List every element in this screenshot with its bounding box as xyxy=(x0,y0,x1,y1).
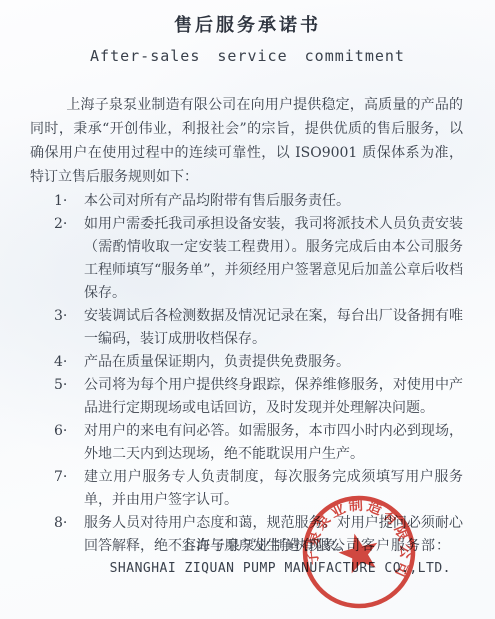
document-body: 上海子泉泵业制造有限公司在向用户提供稳定，高质量的产品的同时，秉承“开创伟业，利… xyxy=(30,93,463,558)
list-item-text: 建立用户服务专人负责制度，每次服务完成须填写用户服务单，并由用户签字认可。 xyxy=(84,466,463,512)
list-item-number: 3· xyxy=(54,305,84,351)
list-item: 3· 安装调试后各检测数据及情况记录在案，每台出厂设备拥有唯一编码，装订成册收档… xyxy=(30,305,463,351)
list-item-text: 如用户需委托我司承担设备安装，我司将派技术人员负责安装（需酌情收取一定安装工程费… xyxy=(84,213,463,305)
list-item-number: 7· xyxy=(54,466,84,512)
list-item-text: 产品在质量保证期内，负责提供免费服务。 xyxy=(84,351,463,374)
signature-block: 上海子泉泵业制造有限公司客户服务部： SHANGHAI ZIQUAN PUMP … xyxy=(110,535,451,576)
list-item-text: 对用户的来电有问必答。如需服务，本市四小时内必到现场，外地二天内到达现场，绝不能… xyxy=(84,420,463,466)
intro-paragraph: 上海子泉泵业制造有限公司在向用户提供稳定，高质量的产品的同时，秉承“开创伟业，利… xyxy=(30,93,463,189)
list-item: 1· 本公司对所有产品均附带有售后服务责任。 xyxy=(30,190,463,213)
list-item: 6· 对用户的来电有问必答。如需服务，本市四小时内必到现场，外地二天内到达现场，… xyxy=(30,420,463,466)
document-page: 售后服务承诺书 After-sales service commitment 上… xyxy=(0,0,495,619)
list-item-number: 2· xyxy=(54,213,84,305)
list-item-number: 6· xyxy=(54,420,84,466)
list-item-number: 1· xyxy=(54,190,84,213)
signature-company-en: SHANGHAI ZIQUAN PUMP MANUFACTURE CO.,LTD… xyxy=(110,561,451,576)
list-item-number: 8· xyxy=(54,512,84,558)
list-item: 4· 产品在质量保证期内，负责提供免费服务。 xyxy=(30,351,463,374)
service-rules-list: 1· 本公司对所有产品均附带有售后服务责任。 2· 如用户需委托我司承担设备安装… xyxy=(30,190,463,558)
document-subtitle-en: After-sales service commitment xyxy=(0,47,495,65)
list-item: 5· 公司将为每个用户提供终身跟踪，保养维修服务，对使用中产品进行定期现场或电话… xyxy=(30,374,463,420)
signature-company-cn: 上海子泉泵业制造有限公司客户服务部： xyxy=(110,535,451,555)
document-title: 售后服务承诺书 xyxy=(0,11,495,37)
list-item: 7· 建立用户服务专人负责制度，每次服务完成须填写用户服务单，并由用户签字认可。 xyxy=(30,466,463,512)
list-item-text: 公司将为每个用户提供终身跟踪，保养维修服务，对使用中产品进行定期现场或电话回访，… xyxy=(84,374,463,420)
list-item-text: 本公司对所有产品均附带有售后服务责任。 xyxy=(84,190,463,213)
list-item-number: 5· xyxy=(54,374,84,420)
list-item-text: 安装调试后各检测数据及情况记录在案，每台出厂设备拥有唯一编码，装订成册收档保存。 xyxy=(84,305,463,351)
list-item-number: 4· xyxy=(54,351,84,374)
list-item: 2· 如用户需委托我司承担设备安装，我司将派技术人员负责安装（需酌情收取一定安装… xyxy=(30,213,463,305)
